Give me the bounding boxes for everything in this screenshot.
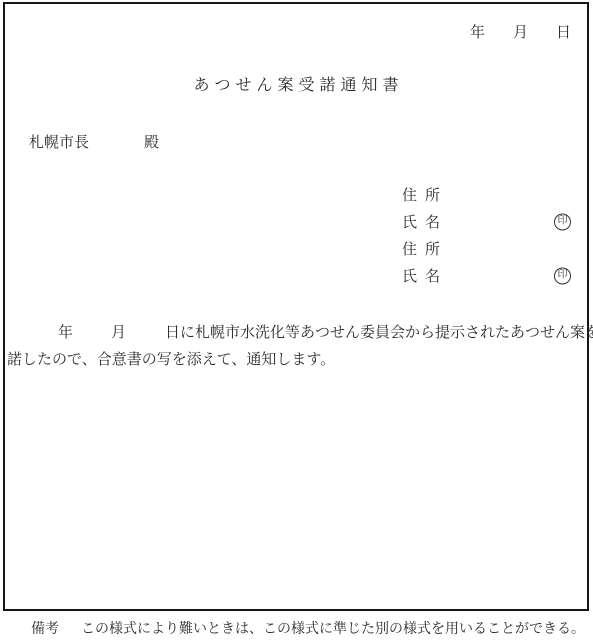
addressee-name: 札幌市長 xyxy=(29,135,89,151)
body-paragraph: 年月日に札幌市水洗化等あつせん委員会から提示されたあつせん案を受 諾したので、合… xyxy=(7,320,583,374)
body-year-label: 年 xyxy=(58,325,73,341)
date-line: 年 月 日 xyxy=(5,21,587,42)
name-label-1: 氏名 xyxy=(402,211,448,232)
form-border-box: 年 月 日 あつせん案受諾通知書 札幌市長殿 住所 氏名 印 住所 氏名 印 年… xyxy=(3,2,589,611)
name-row-2: 氏名 印 xyxy=(402,262,571,289)
seal-icon: 印 xyxy=(554,267,571,284)
signature-block: 住所 氏名 印 住所 氏名 印 xyxy=(402,181,571,289)
name-row-1: 氏名 印 xyxy=(402,208,571,235)
document-title: あつせん案受諾通知書 xyxy=(5,72,587,95)
seal-character: 印 xyxy=(558,271,568,281)
body-line-1: 年月日に札幌市水洗化等あつせん委員会から提示されたあつせん案を受 xyxy=(7,320,583,347)
date-day-label: 日 xyxy=(556,21,571,42)
address-label-2: 住所 xyxy=(402,238,448,259)
body-line-1-text: に札幌市水洗化等あつせん委員会から提示されたあつせん案を受 xyxy=(180,325,593,341)
address-row-1: 住所 xyxy=(402,181,571,208)
address-row-2: 住所 xyxy=(402,235,571,262)
remarks-text: この様式により難いときは、この様式に準じた別の様式を用いることができる。 xyxy=(81,622,585,637)
remarks-note: 備考この様式により難いときは、この様式に準じた別の様式を用いることができる。 xyxy=(31,618,593,638)
body-line-2: 諾したので、合意書の写を添えて、通知します。 xyxy=(7,347,583,374)
remarks-label: 備考 xyxy=(31,622,59,637)
seal-icon: 印 xyxy=(554,213,571,230)
seal-character: 印 xyxy=(558,217,568,227)
date-year-label: 年 xyxy=(470,21,485,42)
address-label-1: 住所 xyxy=(402,184,448,205)
addressee-honorific: 殿 xyxy=(144,135,159,151)
name-label-2: 氏名 xyxy=(402,265,448,286)
body-month-label: 月 xyxy=(111,325,126,341)
body-day-label: 日 xyxy=(165,325,180,341)
date-month-label: 月 xyxy=(513,21,528,42)
addressee-line: 札幌市長殿 xyxy=(29,131,159,152)
